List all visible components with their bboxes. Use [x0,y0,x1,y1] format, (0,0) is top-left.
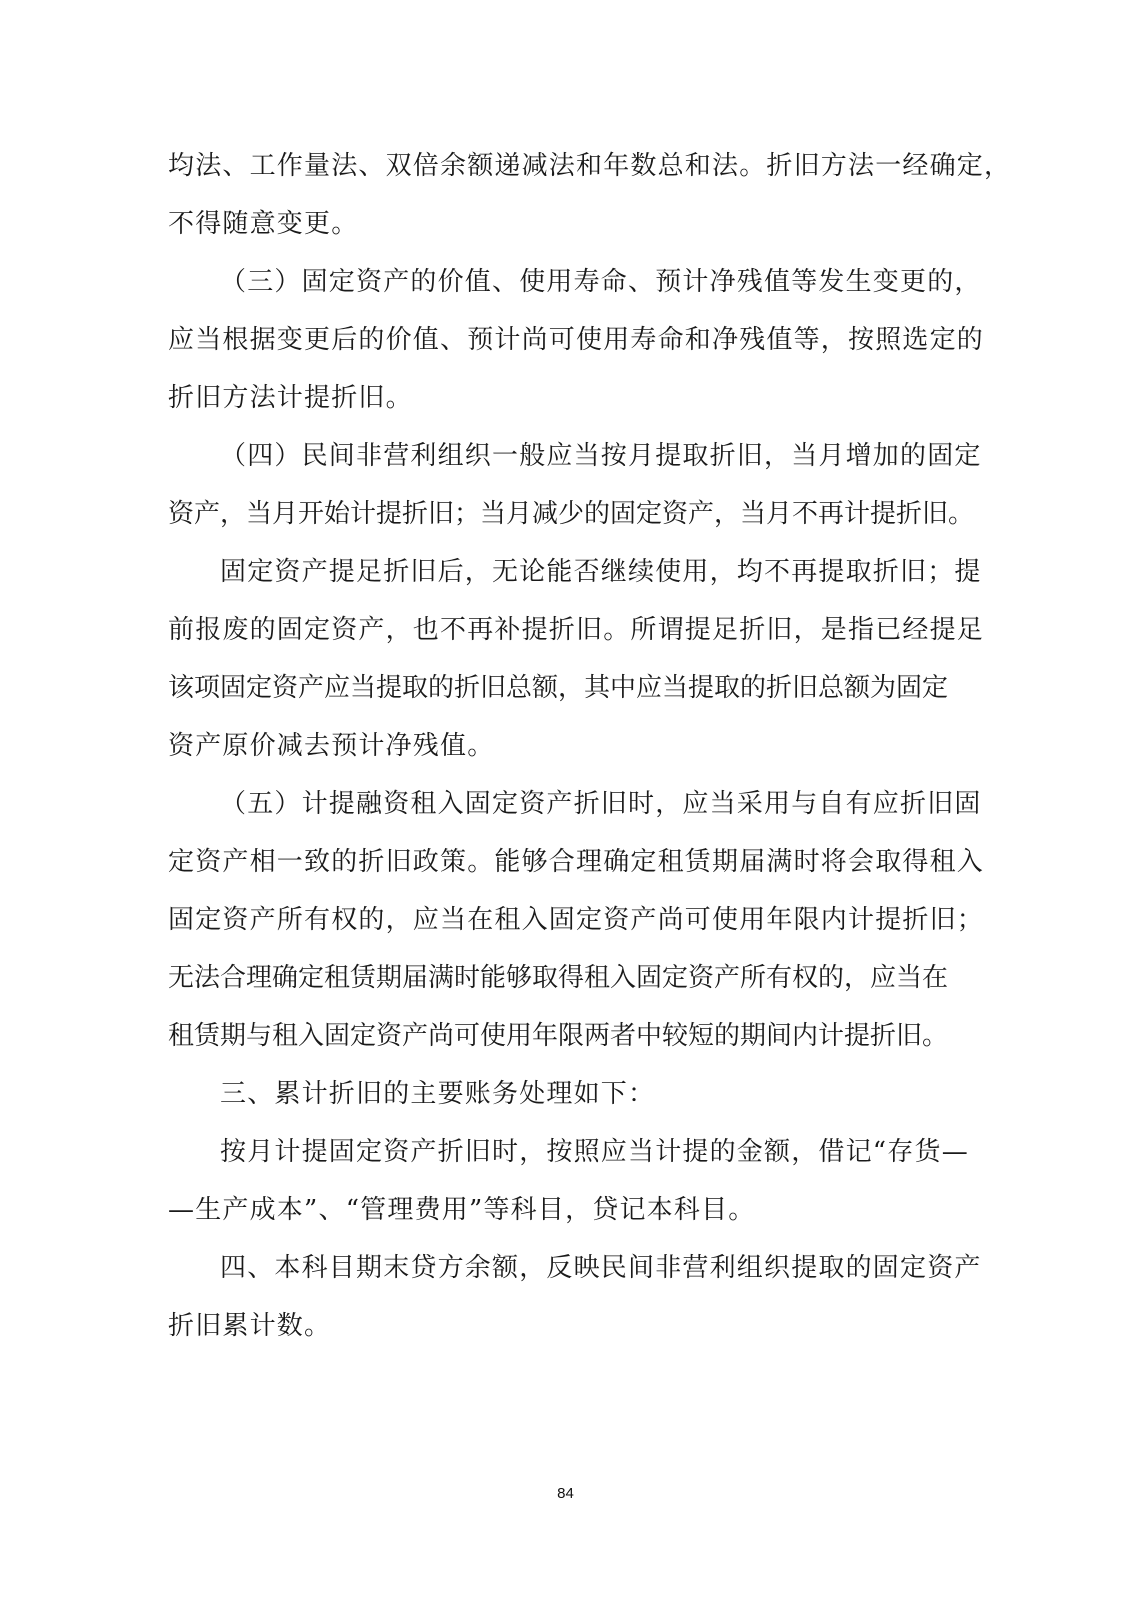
text-line: 应当根据变更后的价值、预计尚可使用寿命和净残值等，按照选定的 [168,314,940,372]
text-line: 折旧累计数。 [168,1300,940,1358]
text-line: 不得随意变更。 [168,198,940,256]
text-line: 折旧方法计提折旧。 [168,372,940,430]
section-heading: 三、累计折旧的主要账务处理如下： [168,1068,940,1126]
page-number: 84 [0,1485,1131,1502]
text-line: 该项固定资产应当提取的折旧总额，其中应当提取的折旧总额为固定 [168,662,940,720]
text-line: —生产成本”、“管理费用”等科目，贷记本科目。 [168,1184,940,1242]
text-line: （四）民间非营利组织一般应当按月提取折旧，当月增加的固定 [168,430,940,488]
text-line: 资产，当月开始计提折旧；当月减少的固定资产，当月不再计提折旧。 [168,488,940,546]
text-line: 按月计提固定资产折旧时，按照应当计提的金额，借记“存货— [168,1126,940,1184]
text-line: 固定资产提足折旧后，无论能否继续使用，均不再提取折旧；提 [168,546,940,604]
text-line: 四、本科目期末贷方余额，反映民间非营利组织提取的固定资产 [168,1242,940,1300]
text-line: （五）计提融资租入固定资产折旧时，应当采用与自有应折旧固 [168,778,940,836]
text-line: 租赁期与租入固定资产尚可使用年限两者中较短的期间内计提折旧。 [168,1010,940,1068]
text-line: （三）固定资产的价值、使用寿命、预计净残值等发生变更的， [168,256,940,314]
text-line: 无法合理确定租赁期届满时能够取得租入固定资产所有权的，应当在 [168,952,940,1010]
text-line: 定资产相一致的折旧政策。能够合理确定租赁期届满时将会取得租入 [168,836,940,894]
text-line: 均法、工作量法、双倍余额递减法和年数总和法。折旧方法一经确定， [168,140,940,198]
text-line: 固定资产所有权的，应当在租入固定资产尚可使用年限内计提折旧； [168,894,940,952]
text-line: 资产原价减去预计净残值。 [168,720,940,778]
document-body: 均法、工作量法、双倍余额递减法和年数总和法。折旧方法一经确定， 不得随意变更。 … [168,140,940,1358]
text-line: 前报废的固定资产，也不再补提折旧。所谓提足折旧，是指已经提足 [168,604,940,662]
